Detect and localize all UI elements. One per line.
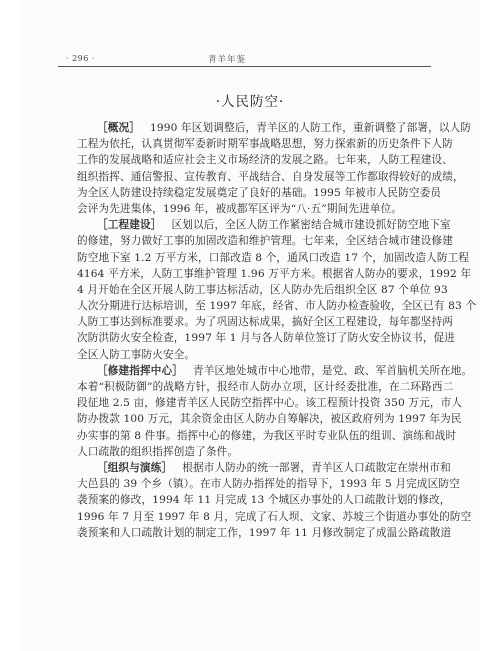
- text-line: 人防工事达到标准要求。为了巩固达标成果，搞好全区工程建设，每年都坚持两: [77, 314, 411, 330]
- text-line: 为全区人防建设持续稳定发展奠定了良好的基础。1995 年被市人民防空委员: [77, 185, 411, 201]
- line-text: 工作的发展战略和适应社会主义市场经济的发展之路。七年来，人防工程建设、: [77, 154, 453, 166]
- text-line: 本着“积极防御”的战略方针，报经市人防办立项，区计经委批准，在二环路西二: [77, 379, 411, 395]
- text-line: 防空地下室 1.2 万平方米，口部改造 8 个，通风口改造 17 个，加固改造人…: [77, 250, 411, 266]
- line-text: 区划以后，全区人防工作紧密结合城市建设抓好防空地下室: [171, 219, 450, 231]
- text-line: 防办拨款 100 万元，其余资金由区人防办自筹解决，被区政府列为 1997 年为…: [77, 411, 411, 427]
- line-text: 大邑县的 39 个乡（镇）。在市人防办指挥处的指导下，1993 年 5 月完成区…: [77, 478, 460, 490]
- paragraph-first-line: ［组织与演练］根据市人防办的统一部署，青羊区人口疏散定在崇州市和: [77, 460, 411, 476]
- line-text: 人口疏散的组织指挥创造了条件。: [77, 446, 238, 458]
- line-text: 本着“积极防御”的战略方针，报经市人防办立项，区计经委批准，在二环路西二: [77, 381, 453, 393]
- text-line: 组织指挥、通信警报、宣传教育、平战结合、自身发展等工作都取得较好的成绩，: [77, 169, 411, 185]
- line-text: 人次分期进行达标培训，至 1997 年底，经省、市人防办检查验收，全区已有 83…: [77, 300, 476, 312]
- text-line: 1996 年 7 月至 1997 年 8 月，完成了石人坝、文家、苏坡三个街道办…: [77, 509, 411, 525]
- line-text: 防办拨款 100 万元，其余资金由区人防办自筹解决，被区政府列为 1997 年为…: [77, 413, 462, 425]
- paragraph-first-line: ［修建指挥中心］青羊区地处城市中心地带，是党、政、军首脑机关所在地。: [77, 363, 411, 379]
- text-line: 次防洪防火安全检查，1997 年 1 月与各人防单位签订了防火安全协议书，促进: [77, 330, 411, 346]
- section-title: ·人民防空·: [20, 90, 480, 110]
- line-text: 会评为先进集体，1996 年，被成都军区评为“八·五”期间先进单位。: [77, 203, 402, 215]
- running-header: · 296 · 青羊年鉴: [58, 52, 431, 66]
- paragraph-heading: ［工程建设］: [97, 219, 161, 231]
- text-line: 大邑县的 39 个乡（镇）。在市人防办指挥处的指导下，1993 年 5 月完成区…: [77, 476, 411, 492]
- text-line: 段征地 2.5 亩，修建青羊区人民防空指挥中心。该工程预计投资 350 万元，市…: [77, 395, 411, 411]
- line-text: 袭预案和人口疏散计划的制定工作，1997 年 11 月修改制定了成温公路疏散道: [77, 527, 451, 539]
- text-line: 的修建，努力做好工事的加固改造和维护管理。七年来，全区结合城市建设修建: [77, 233, 411, 249]
- line-text: 1990 年区划调整后，青羊区的人防工作，重新调整了部署，以人防: [150, 122, 471, 134]
- text-line: 工作的发展战略和适应社会主义市场经济的发展之路。七年来，人防工程建设、: [77, 152, 411, 168]
- line-text: 根据市人防办的统一部署，青羊区人口疏散定在崇州市和: [182, 462, 451, 474]
- paragraph-first-line: ［概况］1990 年区划调整后，青羊区的人防工作，重新调整了部署，以人防: [77, 120, 411, 136]
- text-line: 4164 平方米，人防工事维护管理 1.96 万平方米。根据省人防办的要求，19…: [77, 266, 411, 282]
- book-title: 青羊年鉴: [208, 53, 246, 65]
- line-text: 段征地 2.5 亩，修建青羊区人民防空指挥中心。该工程预计投资 350 万元，市…: [77, 397, 462, 409]
- body-text: ［概况］1990 年区划调整后，青羊区的人防工作，重新调整了部署，以人防工程为依…: [77, 120, 411, 541]
- paragraph-heading: ［修建指挥中心］: [97, 365, 183, 377]
- document-page: · 296 · 青羊年鉴 ·人民防空· ［概况］1990 年区划调整后，青羊区的…: [20, 0, 480, 651]
- line-text: 袭预案的修改，1994 年 11 月完成 13 个城区办事处的人口疏散计划的修改…: [77, 494, 451, 506]
- line-text: 1996 年 7 月至 1997 年 8 月，完成了石人坝、文家、苏坡三个街道办…: [77, 511, 471, 523]
- paragraph-heading: ［组织与演练］: [97, 462, 172, 474]
- line-text: 办实事的第 8 件事。指挥中心的修建，为我区平时专业队伍的组训、演练和战时: [77, 430, 456, 442]
- line-text: 4164 平方米，人防工事维护管理 1.96 万平方米。根据省人防办的要求，19…: [77, 268, 471, 280]
- line-text: 4 月开始在全区开展人防工事达标活动，区人防办先后组织全区 87 个单位 93: [77, 284, 448, 296]
- line-text: 工程为依托，认真贯彻军委新时期军事战略思想，努力探索新的历史条件下人防: [77, 138, 453, 150]
- paragraph-heading: ［概况］: [97, 122, 140, 134]
- text-line: 人次分期进行达标培训，至 1997 年底，经省、市人防办检查验收，全区已有 83…: [77, 298, 411, 314]
- page-number: · 296 ·: [66, 54, 95, 63]
- line-text: 人防工事达到标准要求。为了巩固达标成果，搞好全区工程建设，每年都坚持两: [77, 316, 453, 328]
- line-text: 次防洪防火安全检查，1997 年 1 月与各人防单位签订了防火安全协议书，促进: [77, 332, 455, 344]
- text-line: 工程为依托，认真贯彻军委新时期军事战略思想，努力探索新的历史条件下人防: [77, 136, 411, 152]
- line-text: 全区人防工事防火安全。: [77, 349, 195, 361]
- text-line: 办实事的第 8 件事。指挥中心的修建，为我区平时专业队伍的组训、演练和战时: [77, 428, 411, 444]
- line-text: 防空地下室 1.2 万平方米，口部改造 8 个，通风口改造 17 个，加固改造人…: [77, 252, 469, 264]
- line-text: 为全区人防建设持续稳定发展奠定了良好的基础。1995 年被市人民防空委员: [77, 187, 441, 199]
- text-line: 袭预案的修改，1994 年 11 月完成 13 个城区办事处的人口疏散计划的修改…: [77, 492, 411, 508]
- line-text: 的修建，努力做好工事的加固改造和维护管理。七年来，全区结合城市建设修建: [77, 235, 453, 247]
- text-line: 4 月开始在全区开展人防工事达标活动，区人防办先后组织全区 87 个单位 93: [77, 282, 411, 298]
- line-text: 组织指挥、通信警报、宣传教育、平战结合、自身发展等工作都取得较好的成绩，: [77, 171, 464, 183]
- text-line: 全区人防工事防火安全。: [77, 347, 411, 363]
- text-line: 人口疏散的组织指挥创造了条件。: [77, 444, 411, 460]
- text-line: 袭预案和人口疏散计划的制定工作，1997 年 11 月修改制定了成温公路疏散道: [77, 525, 411, 541]
- paragraph-first-line: ［工程建设］区划以后，全区人防工作紧密结合城市建设抓好防空地下室: [77, 217, 411, 233]
- text-line: 会评为先进集体，1996 年，被成都军区评为“八·五”期间先进单位。: [77, 201, 411, 217]
- line-text: 青羊区地处城市中心地带，是党、政、军首脑机关所在地。: [193, 365, 472, 377]
- header-rule: [58, 66, 431, 67]
